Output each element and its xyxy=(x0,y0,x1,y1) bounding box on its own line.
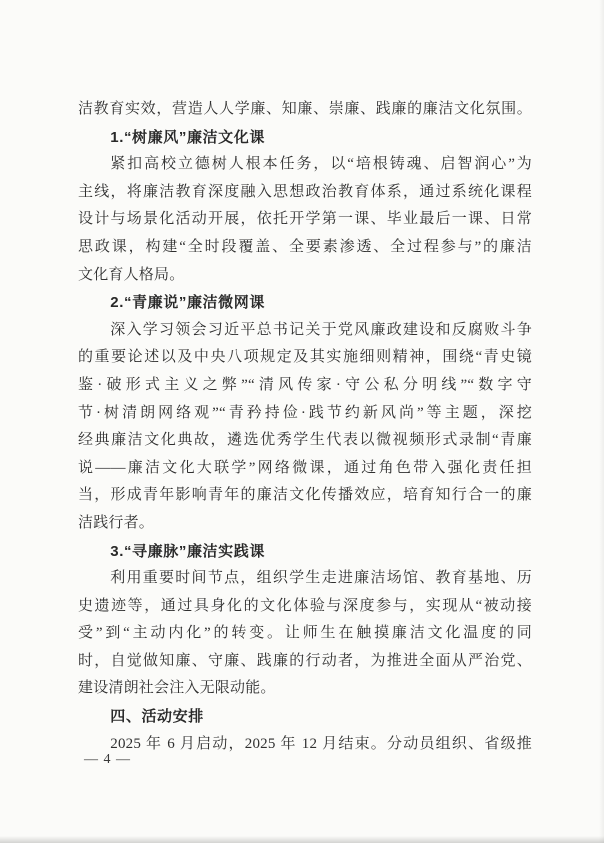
text-line: 利用重要时间节点，组织学生走进廉洁场馆、教育基地、历 xyxy=(78,565,532,593)
text-line: 时，自觉做知廉、守廉、践廉的行动者，为推进全面从严治党、 xyxy=(78,648,532,676)
section-heading-huodonganpai: 四、活动安排 xyxy=(78,703,532,731)
text-line: 设计与场景化活动开展，依托开学第一课、毕业最后一课、日常 xyxy=(78,206,532,234)
text-line: 建设清朗社会注入无限动能。 xyxy=(78,675,532,703)
page-number: — 4 — xyxy=(84,752,131,768)
text-line: 当，形成青年影响青年的廉洁文化传播效应，培育知行合一的廉 xyxy=(78,482,532,510)
text-line: 文化育人格局。 xyxy=(78,262,532,290)
text-line: 洁践行者。 xyxy=(78,510,532,538)
text-line: 2025 年 6 月启动，2025 年 12 月结束。分动员组织、省级推 xyxy=(78,731,532,759)
text-line: 主线，将廉洁教育深度融入思想政治教育体系，通过系统化课程 xyxy=(78,179,532,207)
section-heading-qinglianshuo: 2.“青廉说”廉洁微网课 xyxy=(78,289,532,317)
text-line: 节·树清朗网络观”“青矜持俭·践节约新风尚”等主题，深挖 xyxy=(78,400,532,428)
text-line: 的重要论述以及中央八项规定及其实施细则精神，围绕“青史镜 xyxy=(78,344,532,372)
text-line: 受”到“主动内化”的转变。让师生在触摸廉洁文化温度的同 xyxy=(78,620,532,648)
text-line: 经典廉洁文化典故，遴选优秀学生代表以微视频形式录制“青廉 xyxy=(78,427,532,455)
document-page: 洁教育实效，营造人人学廉、知廉、崇廉、践廉的廉洁文化氛围。 1.“树廉风”廉洁文… xyxy=(0,0,604,843)
text-line: 思政课，构建“全时段覆盖、全要素渗透、全过程参与”的廉洁 xyxy=(78,234,532,262)
section-heading-shulianfeng: 1.“树廉风”廉洁文化课 xyxy=(78,124,532,152)
document-text-block: 洁教育实效，营造人人学廉、知廉、崇廉、践廉的廉洁文化氛围。 1.“树廉风”廉洁文… xyxy=(78,96,532,758)
text-line: 说——廉洁文化大联学”网络微课，通过角色带入强化责任担 xyxy=(78,455,532,483)
text-line: 鉴·破形式主义之弊”“清风传家·守公私分明线”“数字守 xyxy=(78,372,532,400)
section-heading-xunlianmai: 3.“寻廉脉”廉洁实践课 xyxy=(78,538,532,566)
text-line: 洁教育实效，营造人人学廉、知廉、崇廉、践廉的廉洁文化氛围。 xyxy=(78,96,532,124)
text-line: 深入学习领会习近平总书记关于党风廉政建设和反腐败斗争 xyxy=(78,317,532,345)
text-line: 紧扣高校立德树人根本任务，以“培根铸魂、启智润心”为 xyxy=(78,151,532,179)
text-line: 史遗迹等，通过具身化的文化体验与深度参与，实现从“被动接 xyxy=(78,593,532,621)
